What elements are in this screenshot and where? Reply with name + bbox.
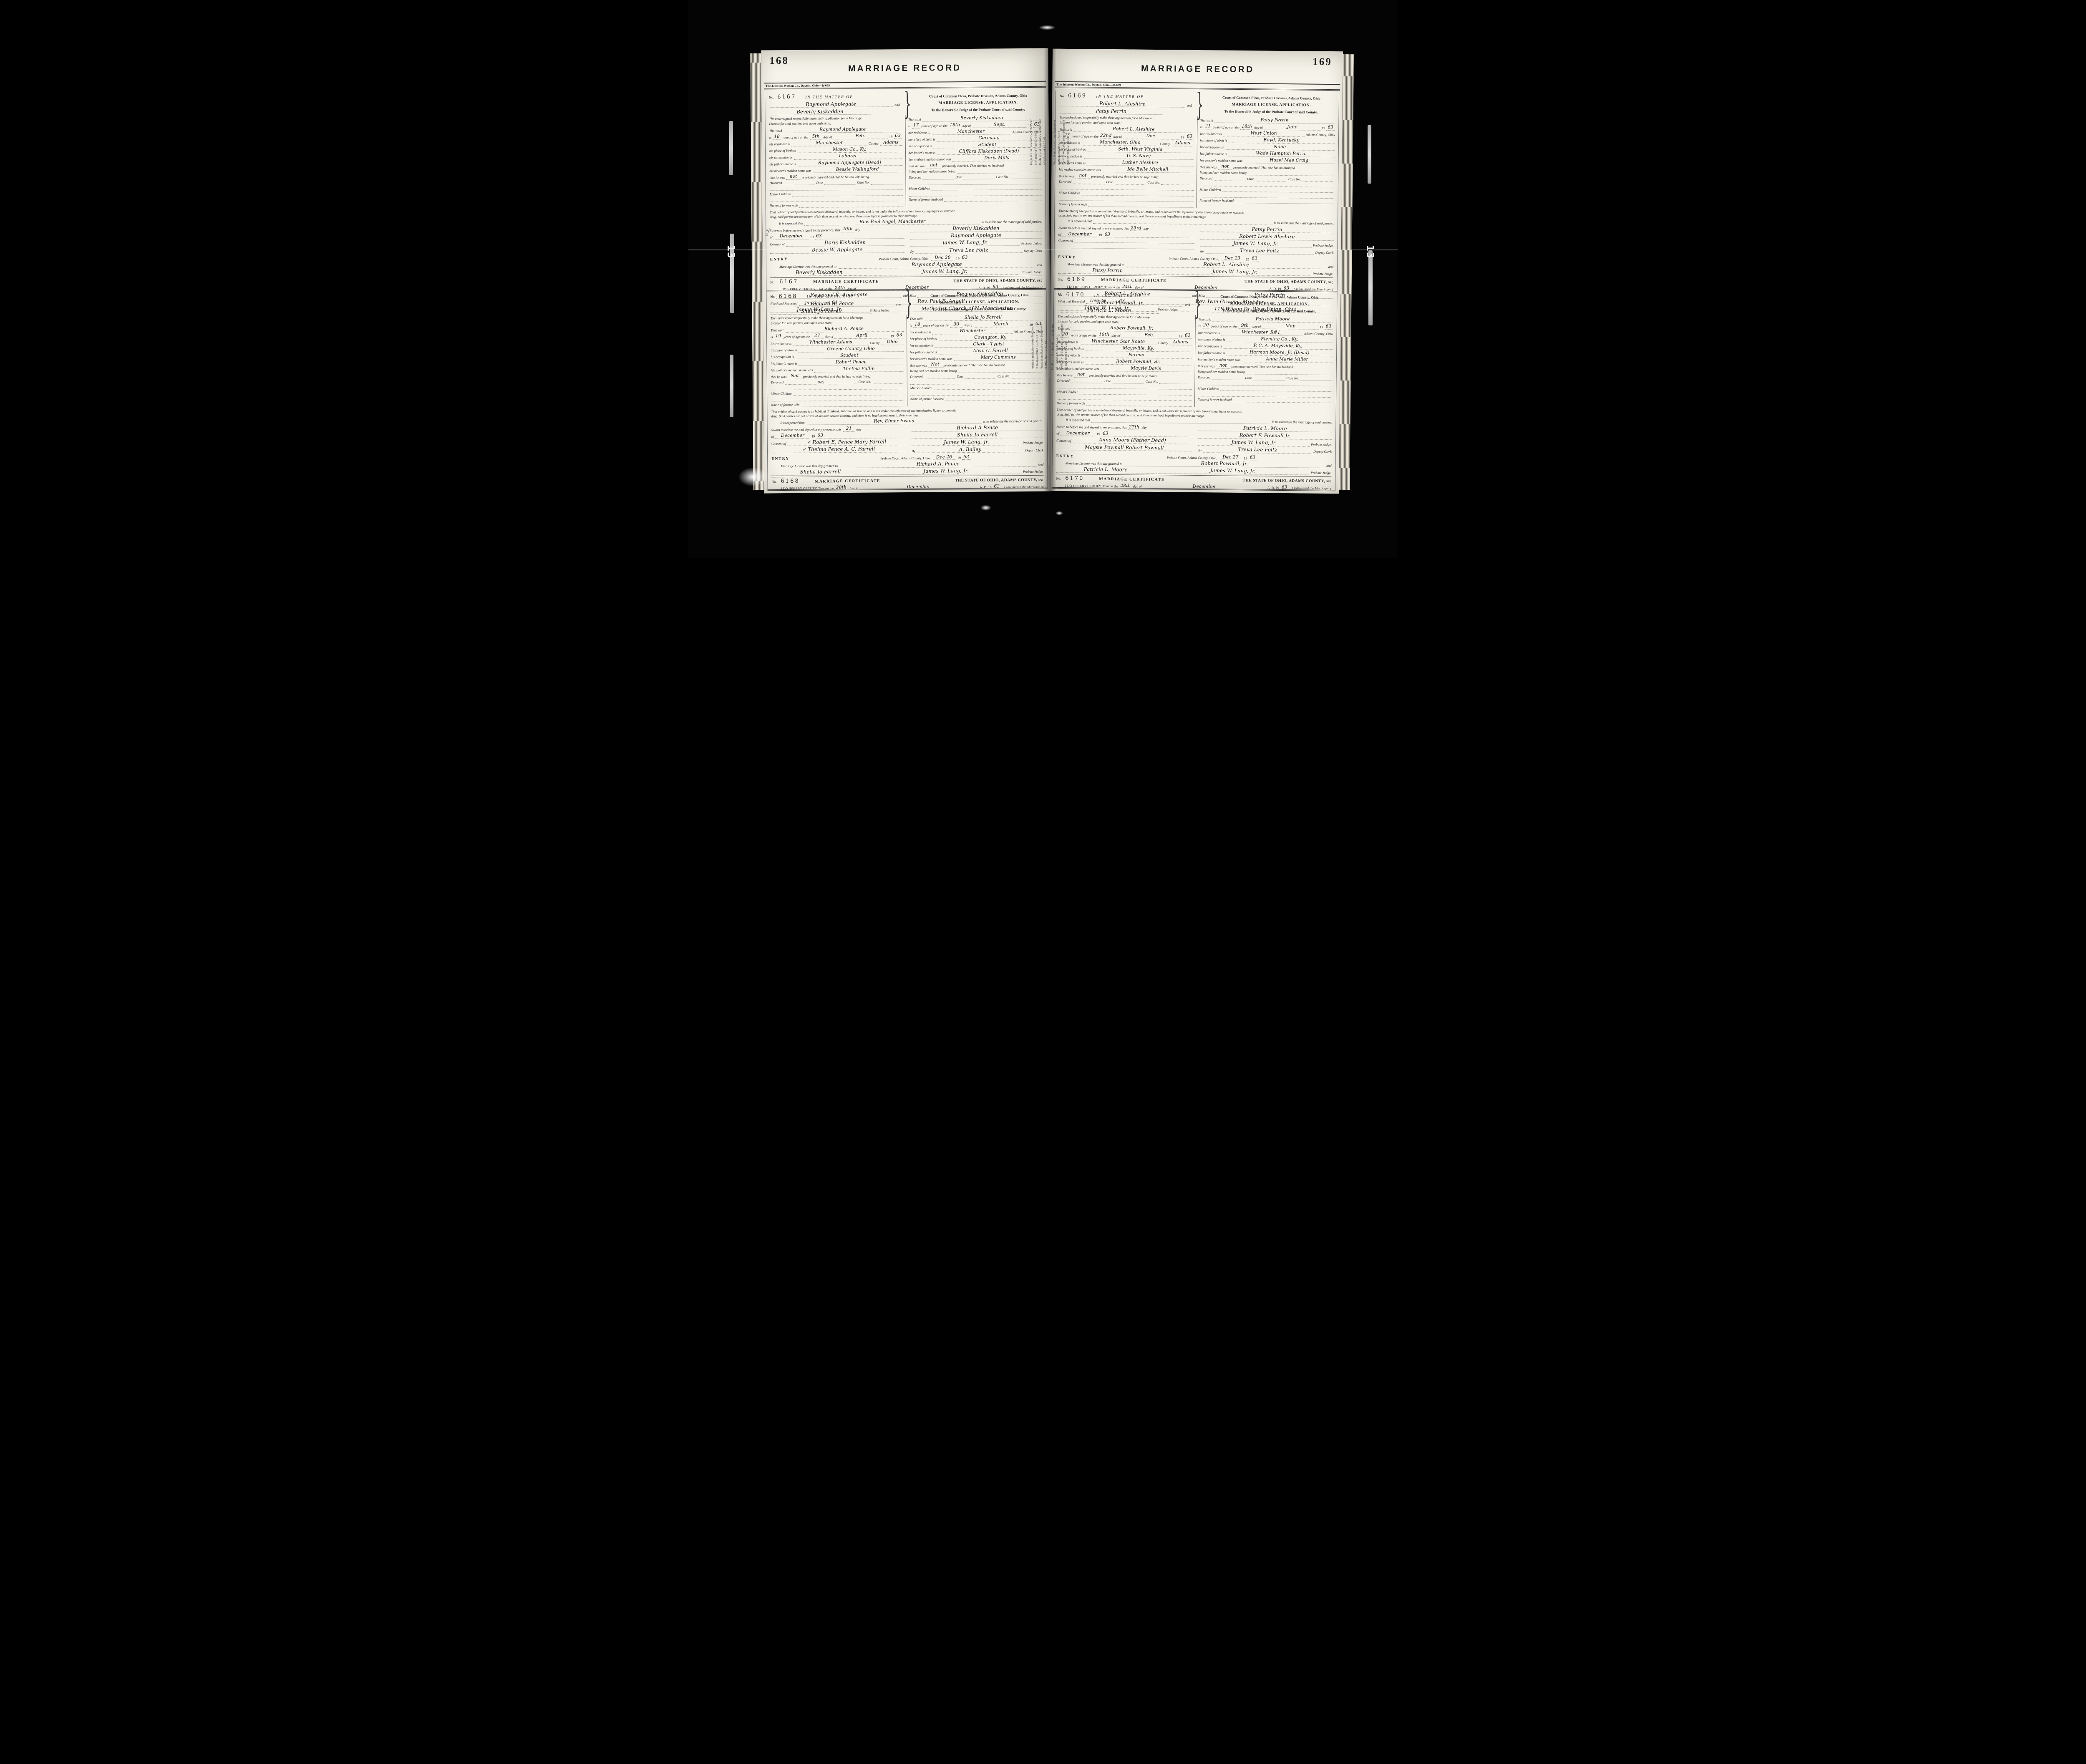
form-label: Name of former wife — [771, 403, 799, 407]
application-intro: The undersigned respectfully make their … — [769, 116, 902, 126]
record-book-page-168: 168 MARRIAGE RECORD The Johnson-Watson C… — [761, 48, 1051, 494]
blank-field — [1011, 378, 1043, 378]
bride-mother-value: Hazel Mae Craig — [1244, 157, 1335, 164]
form-label: I DO HEREBY CERTIFY, That on the — [781, 486, 834, 491]
form-label: that she was — [1200, 165, 1217, 169]
form-label: Probate Judge. — [1021, 242, 1042, 246]
entry-section: ENTRY Probate Court, Adams County, Ohio,… — [770, 254, 1042, 276]
form-label: I DO HEREBY CERTIFY, That on the — [1065, 484, 1118, 489]
blank-field — [1114, 184, 1146, 185]
record-6167: No. 6167 IN THE MATTER OF Raymond Appleg… — [765, 90, 1046, 290]
entry-judge-signature: James W. Lang, Jr. — [1156, 468, 1310, 475]
form-label: her residence is — [1200, 132, 1222, 136]
form-label: IN THE MATTER OF — [1094, 294, 1142, 298]
entry-label: ENTRY — [1058, 255, 1076, 260]
form-label: and — [1328, 265, 1333, 269]
groom-birthday-day-value: 22nd — [1100, 133, 1112, 139]
groom-name-value: Richard A. Pence — [785, 326, 904, 333]
groom-birthplace-value: Greene County, Ohio — [798, 346, 903, 352]
brace-decoration: } — [1194, 287, 1202, 319]
marriage-record-entry: No. 6168 IN THE MATTER OF Richard A. Pen… — [766, 290, 1047, 490]
bride-birthday-month-value: March — [973, 321, 1028, 328]
form-label: his occupation is — [771, 355, 794, 359]
form-label: living and her maiden name being — [909, 170, 955, 174]
application-intro: The undersigned respectfully make their … — [771, 315, 904, 326]
form-label: That said — [769, 129, 782, 133]
form-label: ; — [1120, 121, 1121, 125]
page-title: MARRIAGE RECORD — [761, 63, 1048, 75]
form-label: No. — [1058, 278, 1063, 282]
bride-signature: Beverly Kiskadden — [910, 225, 1042, 232]
blank-field — [1111, 436, 1193, 437]
form-label: County — [1158, 341, 1168, 345]
certificate-title: MARRIAGE CERTIFICATE — [815, 479, 881, 484]
entry-date-value: Dec 26 — [932, 455, 956, 460]
form-label: Minor Children — [1199, 188, 1221, 192]
bride-mother-value: Doris Mills — [952, 155, 1041, 161]
consent-line-2: Maysie Pownall Robert Pownall — [1056, 444, 1192, 451]
record-number: 6169 — [1068, 93, 1087, 99]
certificate-number: 6167 — [779, 279, 798, 285]
groom-birthday-month-value: Feb. — [1121, 332, 1177, 338]
judge-heading: To the Honorable Judge of the Probate Co… — [1207, 109, 1335, 114]
form-label: her occupation is — [910, 344, 934, 348]
groom-mother-value: Thelma Pullin — [814, 366, 904, 372]
bride-age-value: 18 — [913, 322, 922, 328]
form-label: Date — [1245, 376, 1252, 380]
bride-previously-married-value: Not — [928, 362, 942, 368]
entry-section: ENTRY Probate Court, Adams County, Ohio,… — [1056, 452, 1331, 476]
blank-field — [792, 195, 902, 197]
bride-father-value: Clifford Kiskadden (Dead) — [937, 149, 1041, 155]
consent-line-1: Anna Moore (Father Dead) — [1072, 437, 1192, 445]
form-label: his place of birth is — [769, 149, 796, 153]
groom-county-value: Adams — [879, 140, 902, 146]
entry-label: ENTRY — [1056, 454, 1074, 459]
bride-column: That saidPatricia Moore is20years of age… — [1194, 315, 1333, 408]
sworn-section: Sworn to before me and signed in my pres… — [771, 423, 1043, 454]
form-label: IN THE MATTER OF — [1096, 95, 1144, 99]
groom-father-value: Robert Pence — [799, 359, 904, 365]
party1-name: Robert L. Aleshire — [1060, 100, 1185, 108]
brace-decoration: } — [904, 90, 911, 120]
granted-party1-value: Raymond Applegate — [838, 261, 1036, 269]
form-label: No. — [771, 480, 776, 484]
deputy-clerk-signature: Treva Lee Foltz — [915, 247, 1022, 254]
form-label: Minor Children — [771, 392, 792, 396]
record-parties: No. 6168 IN THE MATTER OF Richard A. Pen… — [770, 292, 901, 315]
groom-father-value: Robert Pownall, Sr. — [1085, 359, 1192, 365]
form-label: Case No. — [1286, 376, 1299, 381]
form-label: That neither of said parties is an habit… — [771, 408, 956, 413]
license-application-heading: MARRIAGE LICENSE. APPLICATION. — [1208, 102, 1335, 108]
record-header: No. 6169 IN THE MATTER OF Robert L. Ales… — [1060, 93, 1335, 116]
form-label: her father's name is — [1198, 351, 1225, 355]
groom-residence-value: Winchester, Star Route — [1079, 338, 1157, 345]
form-label: that he was — [771, 375, 786, 379]
form-label: day of — [1252, 325, 1261, 329]
form-label: Probate Judge. — [1023, 441, 1043, 445]
form-label: 19 — [956, 257, 959, 261]
form-label: day — [1141, 426, 1146, 430]
form-label: day of — [849, 486, 857, 491]
form-label: ; — [831, 321, 833, 325]
blank-field — [871, 184, 902, 185]
groom-county-value: Adams — [1171, 141, 1194, 146]
form-label: and — [1038, 463, 1043, 467]
sworn-year-value: 63 — [1101, 431, 1110, 436]
sworn-month-value: December — [774, 234, 809, 239]
granted-party1-value: Robert Pownall, Jr. — [1124, 460, 1325, 468]
entry-year-value: 63 — [962, 454, 970, 460]
form-label: previously married. That she has no husb… — [1233, 166, 1295, 170]
scan-artifact — [738, 467, 768, 486]
scan-artifact — [980, 505, 991, 511]
blank-field — [1113, 237, 1194, 238]
form-label: years of age on the — [782, 136, 808, 140]
bride-birthday-year-value: 63 — [1326, 125, 1335, 131]
form-label: of — [770, 235, 772, 239]
form-label: Case No. — [1288, 177, 1301, 181]
affidavit-section: That neither of said parties is an habit… — [1058, 207, 1334, 255]
form-label: years of age on the — [1212, 324, 1237, 328]
form-label: , I solemnized the Marriage of — [1290, 486, 1331, 491]
brace-decoration: } — [1196, 91, 1204, 121]
groom-mother-value: Ida Belle Mitchell — [1102, 166, 1194, 173]
groom-name-value: Robert Pownall, Jr. — [1071, 325, 1192, 332]
form-label: 19 — [810, 235, 814, 239]
form-label: Case No. — [996, 175, 1009, 179]
certificate-day-value: 28th — [835, 485, 848, 491]
groom-birthday-day-value: 5th — [809, 134, 822, 140]
form-label: That neither of said parties is an habit… — [770, 209, 955, 214]
form-label: his father's name is — [769, 162, 796, 166]
blank-field — [824, 184, 856, 185]
entry-judge-signature: James W. Lang, Jr. — [869, 268, 1020, 275]
form-label: of — [1056, 432, 1059, 436]
entry-judge-signature: James W. Lang, Jr. — [1159, 269, 1312, 276]
application-intro: The undersigned respectfully make their … — [1058, 314, 1192, 325]
form-label: Probate Court, Adams County, Ohio, — [879, 257, 930, 261]
blank-field — [794, 395, 904, 396]
form-label: Case No. — [859, 380, 871, 384]
groom-county-value: Ohio — [881, 339, 904, 345]
form-label: and — [1037, 263, 1042, 267]
form-label: is — [771, 335, 773, 339]
form-label: previously married. That she has no husb… — [942, 164, 1004, 168]
form-label: Name of former husband — [1197, 398, 1232, 402]
sworn-day-value: 27th — [1128, 424, 1140, 430]
granted-party2-value: Shelia Jo Farrell — [771, 469, 869, 476]
form-label: Probate Court, Adams County, Ohio, — [880, 456, 931, 461]
license-application-heading: MARRIAGE LICENSE. APPLICATION. — [915, 100, 1041, 106]
scan-artifact — [688, 249, 1398, 250]
record-court-heading: Court of Common Pleas, Probate Division,… — [917, 292, 1043, 314]
blank-field — [784, 185, 815, 186]
form-label: is — [769, 136, 772, 140]
blank-field — [1302, 181, 1334, 182]
bride-birthplace-value: Germany — [937, 135, 1041, 141]
film-frame-number-right: 13 — [1364, 245, 1376, 259]
form-label: Minor Children — [909, 186, 930, 191]
form-label: living and her maiden name being — [1200, 171, 1247, 176]
record-6169: No. 6169 IN THE MATTER OF Robert L. Ales… — [1054, 91, 1339, 291]
form-label: is to solemnize the marriage of said par… — [982, 220, 1042, 224]
form-label: Name of former husband — [909, 198, 943, 202]
blank-field — [1088, 206, 1193, 207]
film-frame-number-left: 13 — [725, 245, 737, 259]
margin-note-line: Medical and Laboratory Statement — [1030, 119, 1034, 165]
scan-artifact — [730, 355, 733, 417]
certificate-number: 6170 — [1065, 475, 1084, 481]
form-label: Divorced — [771, 381, 784, 385]
sworn-day-value: 23rd — [1130, 225, 1142, 231]
form-label: Date — [1104, 379, 1111, 383]
form-label: Date — [1106, 180, 1113, 184]
form-label: The undersigned respectfully make their … — [1058, 315, 1150, 319]
form-label: years of age on the — [922, 124, 947, 128]
form-label: living and her maiden name being — [1198, 370, 1245, 374]
form-label: Name of former wife — [1057, 401, 1085, 406]
form-label: Divorced — [909, 176, 921, 180]
affidavit-section: That neither of said parties is an habit… — [770, 207, 1042, 255]
margin-note-line: Medical and Laboratory Statement — [1031, 324, 1035, 369]
granted-party1-value: Richard A. Pence — [839, 461, 1037, 468]
form-label: By — [912, 449, 915, 453]
bride-name-value: Beverly Kiskadden — [922, 115, 1041, 122]
groom-name-value: Robert L. Aleshire — [1073, 126, 1194, 133]
bride-previously-married-value: not — [1218, 164, 1232, 170]
court-heading: Court of Common Pleas, Probate Division,… — [1208, 95, 1335, 101]
marriage-record-entry: No. 6170 IN THE MATTER OF Robert Pownall… — [1052, 290, 1337, 490]
form-label: Minor Children — [910, 386, 931, 390]
form-label: 19 — [811, 434, 815, 438]
bride-occupation-value: P. C. A. Maysville, Ky. — [1223, 343, 1333, 350]
record-parties: No. 6169 IN THE MATTER OF Robert L. Ales… — [1060, 93, 1192, 115]
form-label: IN THE MATTER OF — [805, 95, 853, 100]
form-label: Probate Judge. — [1311, 471, 1332, 475]
probate-judge-signature: James W. Lang, Jr. — [1198, 439, 1310, 446]
record-6168: No. 6168 IN THE MATTER OF Richard A. Pen… — [766, 288, 1047, 490]
form-label: Consent of — [770, 242, 785, 247]
form-label: Date — [955, 175, 962, 179]
party2-name: Beverly Kiskadden — [769, 108, 871, 116]
form-label: The undersigned respectfully make their … — [769, 116, 862, 121]
blank-field — [945, 400, 1043, 401]
form-label: his residence is — [771, 342, 791, 346]
groom-residence-value: Manchester — [791, 140, 867, 146]
form-label: 19 — [1322, 126, 1325, 131]
consent-line-1: Doris Kiskadden — [786, 239, 904, 247]
entry-year-value: 63 — [1249, 455, 1257, 460]
certificate-number: 6168 — [781, 478, 800, 484]
sworn-month-value: December — [1061, 430, 1096, 436]
form-label: drug. Said parties are not nearer of kin… — [770, 214, 918, 218]
groom-name-value: Raymond Applegate — [783, 126, 902, 133]
form-label: Minor Children — [1059, 191, 1080, 195]
bride-name-value: Patricia Moore — [1212, 316, 1333, 323]
form-label: of — [771, 435, 774, 439]
form-label: day of — [825, 335, 833, 339]
groom-birthday-month-value: Dec. — [1123, 133, 1179, 139]
form-label: years of age on the — [1071, 333, 1096, 338]
blank-field — [1246, 374, 1332, 375]
groom-mother-value: Maysie Davis — [1100, 365, 1192, 372]
form-label: living and her maiden name being — [910, 369, 957, 374]
groom-birthday-month-value: Feb. — [833, 133, 888, 139]
bride-birthday-month-value: June — [1264, 124, 1320, 131]
state-heading: THE STATE OF OHIO, ADAMS COUNTY, ss: — [954, 278, 1043, 283]
form-label: Marriage License was this day granted to — [1066, 461, 1123, 466]
certificate-groom-value: Robert Pownall Jr. — [1062, 489, 1189, 491]
form-label: A. D. 19 — [980, 486, 991, 490]
bride-residence-value: West Union — [1223, 131, 1305, 137]
bride-mother-value: Anna Marie Miller — [1242, 356, 1333, 363]
bride-column: That saidPatsy Perrin is21years of age o… — [1196, 116, 1335, 209]
form-label: 19 — [1244, 456, 1247, 460]
form-label: her place of birth is — [908, 138, 935, 142]
blank-field — [1233, 402, 1332, 403]
license-application-heading: MARRIAGE LICENSE. APPLICATION. — [1206, 301, 1333, 307]
printer-mark: The Johnson-Watson Co., Dayton, Ohio—R-6… — [764, 81, 1046, 90]
form-label: Case No. — [998, 374, 1010, 378]
form-label: her father's name is — [1200, 152, 1227, 156]
groom-birthday-year-value: 63 — [1186, 134, 1194, 140]
form-label: Date — [816, 181, 823, 185]
groom-column: The undersigned respectfully make their … — [771, 315, 907, 407]
form-label: is — [909, 324, 912, 328]
record-court-heading: Court of Common Pleas, Probate Division,… — [1207, 94, 1335, 116]
entry-label: ENTRY — [770, 257, 788, 262]
entry-date-value: Dec 27 — [1218, 454, 1242, 460]
form-label: IN THE MATTER OF — [807, 295, 855, 299]
groom-signature: Sheila Jo Farrell — [912, 432, 1043, 439]
page-title: MARRIAGE RECORD — [1053, 63, 1343, 76]
state-heading: THE STATE OF OHIO, ADAMS COUNTY, ss: — [1245, 279, 1333, 285]
form-label: Consent of — [1056, 439, 1071, 443]
state-heading: THE STATE OF OHIO, ADAMS COUNTY, ss: — [1243, 478, 1332, 484]
form-label: Date — [957, 375, 963, 379]
groom-age-value: 19 — [774, 333, 783, 339]
consent-line-2: ✓ Thelma Pence A. C. Farrell — [771, 446, 906, 453]
form-label: drug. Said parties are not nearer of kin… — [1057, 412, 1205, 417]
groom-birthday-year-value: 63 — [894, 133, 902, 139]
form-label: years of age on the — [1073, 134, 1098, 139]
form-label: day of — [964, 323, 972, 328]
bride-name-value: Shelia Jo Farrell — [924, 315, 1043, 321]
sworn-day-value: 20th — [841, 227, 854, 232]
entry-date-value: Dec 23 — [1220, 255, 1245, 261]
form-label: her mother's maiden name was — [910, 357, 952, 361]
record-header: No. 6167 IN THE MATTER OF Raymond Appleg… — [769, 92, 1041, 116]
form-label: and — [1185, 303, 1190, 307]
form-label: 19 — [1320, 325, 1323, 330]
form-label: is to solemnize the marriage of said par… — [983, 419, 1043, 424]
groom-column: The undersigned respectfully make their … — [769, 115, 905, 208]
form-label: No. — [1060, 94, 1065, 98]
bride-birthday-year-value: 63 — [1325, 324, 1333, 330]
blank-field — [826, 384, 857, 385]
affidavit-section: That neither of said parties is an habit… — [1056, 406, 1332, 454]
sworn-signatures: Patsy Perrin Robert Lewis Aleshire James… — [1200, 225, 1334, 255]
granted-party2-value: Patsy Perrin — [1058, 267, 1157, 275]
form-label: Marriage License was this day granted to — [1067, 262, 1124, 267]
form-label: Date — [818, 381, 824, 385]
blank-field — [1255, 181, 1287, 181]
form-label: his occupation is — [769, 156, 793, 160]
form-label: that she was — [909, 164, 926, 169]
blank-field — [1161, 184, 1193, 185]
record-number: 6168 — [778, 293, 797, 300]
groom-signature: Robert Lewis Aleshire — [1200, 233, 1334, 241]
deputy-clerk-signature: Treva Lee Foltz — [1205, 247, 1314, 255]
granted-party2-value: Beverly Kiskadden — [770, 270, 868, 276]
form-label: her place of birth is — [1198, 338, 1225, 342]
granted-party2-value: Patricia L. Moore — [1056, 466, 1155, 474]
certificate-year-value: 63 — [993, 484, 1001, 490]
record-6170: No. 6170 IN THE MATTER OF Robert Pownall… — [1052, 288, 1337, 490]
form-label: Deputy Clerk — [1313, 450, 1332, 454]
form-label: previously married and that he has no wi… — [1089, 373, 1157, 378]
probate-judge-signature: James W. Lang, Jr. — [910, 240, 1020, 247]
form-label: his mother's maiden name was — [771, 368, 813, 373]
form-label: his mother's maiden name was — [769, 169, 811, 173]
granted-party1-value: Robert L. Aleshire — [1126, 261, 1327, 269]
form-label: 19 — [889, 135, 892, 139]
form-label: that he was — [769, 176, 785, 180]
groom-father-value: Luther Aleshire — [1087, 160, 1194, 166]
form-label: is — [1200, 125, 1203, 129]
blank-field — [1071, 383, 1103, 383]
form-label: previously married. That she has no husb… — [944, 363, 1005, 368]
blank-field — [1235, 203, 1334, 204]
deputy-clerk-signature: A. Bailey — [917, 446, 1024, 454]
bride-age-value: 17 — [912, 123, 920, 129]
form-label: Probate Judge. — [1313, 272, 1333, 276]
form-label: years of age on the — [784, 335, 810, 339]
form-label: Marriage License was this day granted to — [779, 265, 836, 269]
bride-birthplace-value: Boyd, Kentucky — [1228, 137, 1335, 144]
sworn-left: Sworn to before me and signed in my pres… — [770, 225, 904, 255]
form-label: Adams County, Ohio — [1306, 133, 1335, 138]
form-label: his residence is — [769, 142, 790, 146]
form-label: Minor Children — [1198, 387, 1219, 391]
form-label: day — [1144, 227, 1149, 231]
certificate-month-value: December — [859, 484, 979, 491]
form-label: her mother's maiden name was — [1198, 358, 1240, 362]
sworn-month-value: December — [775, 433, 810, 439]
form-label: Deputy Clerk — [1315, 251, 1333, 255]
blank-field — [933, 389, 1043, 390]
form-label: previously married and that he has no wi… — [1091, 174, 1159, 179]
form-label: day of — [1255, 126, 1263, 130]
certificate-bride-value: Patricia L. Moore — [1204, 491, 1331, 491]
entry-label: ENTRY — [771, 457, 789, 461]
blank-field — [1159, 383, 1192, 384]
form-label: previously married. That she has no husb… — [1232, 365, 1293, 369]
bride-age-value: 21 — [1204, 124, 1212, 130]
form-label: Name of former husband — [1199, 199, 1234, 203]
bride-column: That saidBeverly Kiskadden is17years of … — [905, 114, 1042, 207]
blank-field — [1214, 180, 1246, 181]
certificate-day-value: 28th — [1119, 483, 1132, 489]
groom-birthplace-value: Mason Co., Ky. — [797, 146, 902, 153]
form-label: and — [1187, 104, 1192, 108]
blank-field — [1112, 383, 1144, 384]
bride-previously-married-value: not — [927, 163, 941, 169]
affidavit-text: That neither of said parties is an habit… — [771, 407, 1043, 418]
form-label: day — [855, 228, 860, 232]
